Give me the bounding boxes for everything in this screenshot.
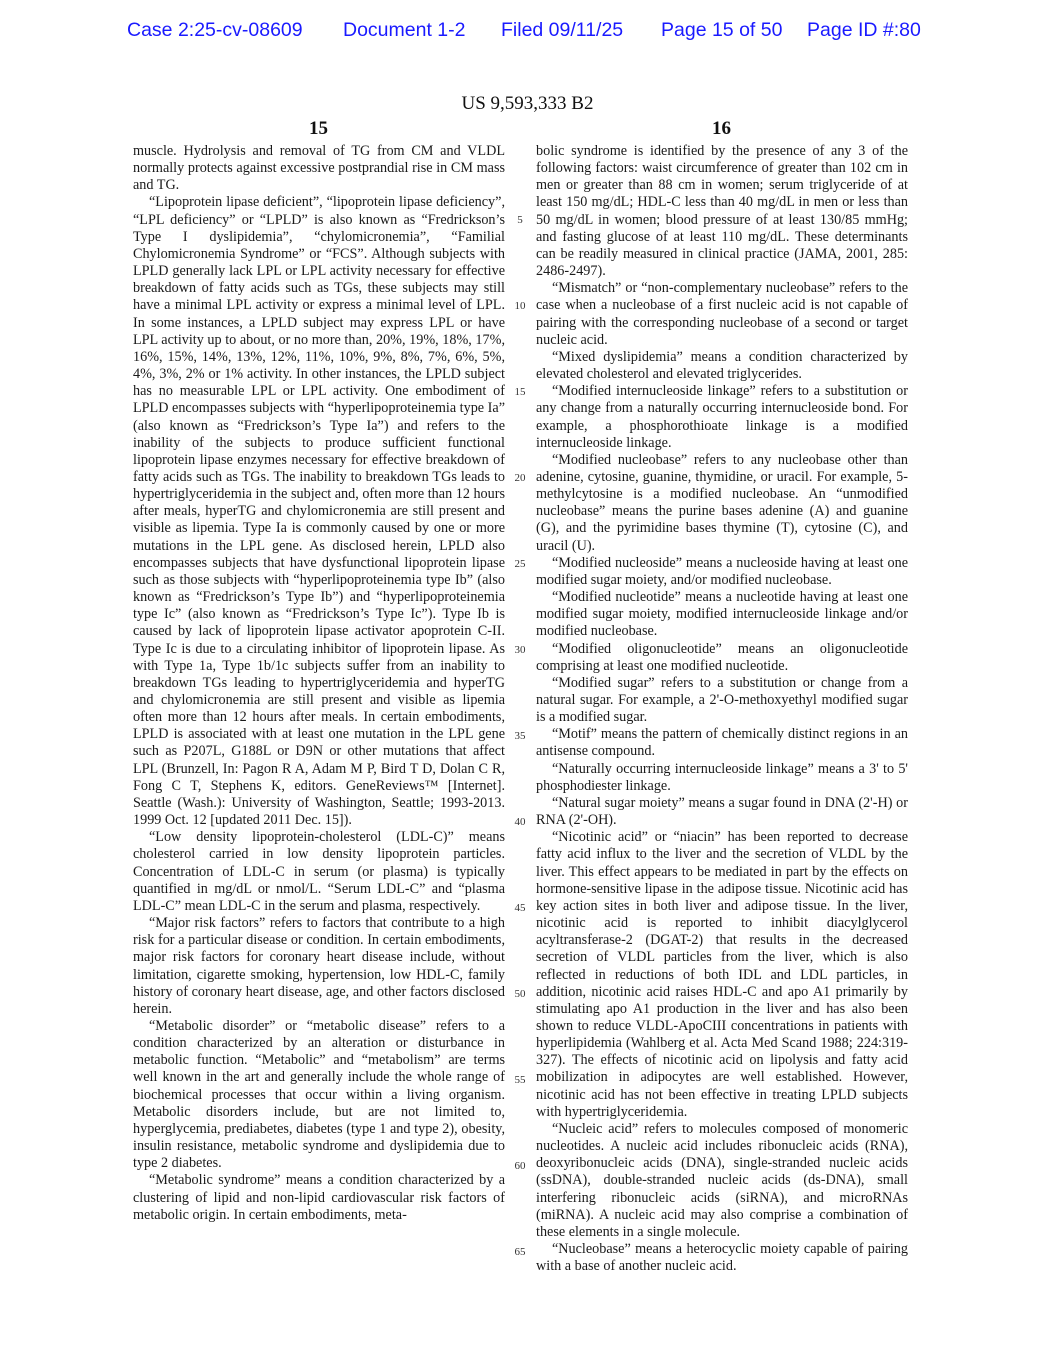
line-number: 20 [510,472,530,484]
paragraph: “Natural sugar moiety” means a sugar fou… [536,795,908,829]
right-text-column: bolic syndrome is identified by the pres… [536,143,908,1275]
paragraph: “Nicotinic acid” or “niacin” has been re… [536,829,908,1121]
paragraph: “Modified nucleoside” means a nucleoside… [536,555,908,589]
line-number: 50 [510,988,530,1000]
paragraph: “Low density lipoprotein-cholesterol (LD… [133,829,505,915]
line-number: 10 [510,300,530,312]
paragraph: “Modified oligonucleotide” means an olig… [536,641,908,675]
document-number: Document 1-2 [343,19,465,42]
column-number-left: 15 [309,118,328,140]
paragraph: “Nucleic acid” refers to molecules compo… [536,1121,908,1241]
paragraph: “Nucleobase” means a heterocyclic moiety… [536,1241,908,1275]
line-number: 40 [510,816,530,828]
line-number: 25 [510,558,530,570]
paragraph: “Mixed dyslipidemia” means a condition c… [536,349,908,383]
line-number: 5 [510,214,530,226]
paragraph: “Modified nucleobase” refers to any nucl… [536,452,908,555]
left-text-column: muscle. Hydrolysis and removal of TG fro… [133,143,505,1224]
line-number: 35 [510,730,530,742]
line-number: 15 [510,386,530,398]
paragraph: “Major risk factors” refers to factors t… [133,915,505,1018]
line-number: 55 [510,1074,530,1086]
paragraph: “Modified sugar” refers to a substitutio… [536,675,908,726]
paragraph: “Lipoprotein lipase deficient”, “lipopro… [133,194,505,829]
patent-number: US 9,593,333 B2 [0,93,1055,115]
paragraph: “Modified nucleotide” means a nucleotide… [536,589,908,640]
paragraph: “Mismatch” or “non-complementary nucleob… [536,280,908,349]
line-number: 45 [510,902,530,914]
line-number: 30 [510,644,530,656]
column-number-right: 16 [712,118,731,140]
paragraph: bolic syndrome is identified by the pres… [536,143,908,280]
paragraph: “Motif” means the pattern of chemically … [536,726,908,760]
paragraph: muscle. Hydrolysis and removal of TG fro… [133,143,505,194]
paragraph: “Metabolic disorder” or “metabolic disea… [133,1018,505,1172]
line-number: 60 [510,1160,530,1172]
page-indicator: Page 15 of 50 [661,19,782,42]
paragraph: “Naturally occurring internucleoside lin… [536,761,908,795]
case-number: Case 2:25-cv-08609 [127,19,303,42]
filed-date: Filed 09/11/25 [501,19,623,42]
paragraph: “Modified internucleoside linkage” refer… [536,383,908,452]
line-number: 65 [510,1246,530,1258]
paragraph: “Metabolic syndrome” means a condition c… [133,1172,505,1223]
page-id: Page ID #:80 [807,19,921,42]
